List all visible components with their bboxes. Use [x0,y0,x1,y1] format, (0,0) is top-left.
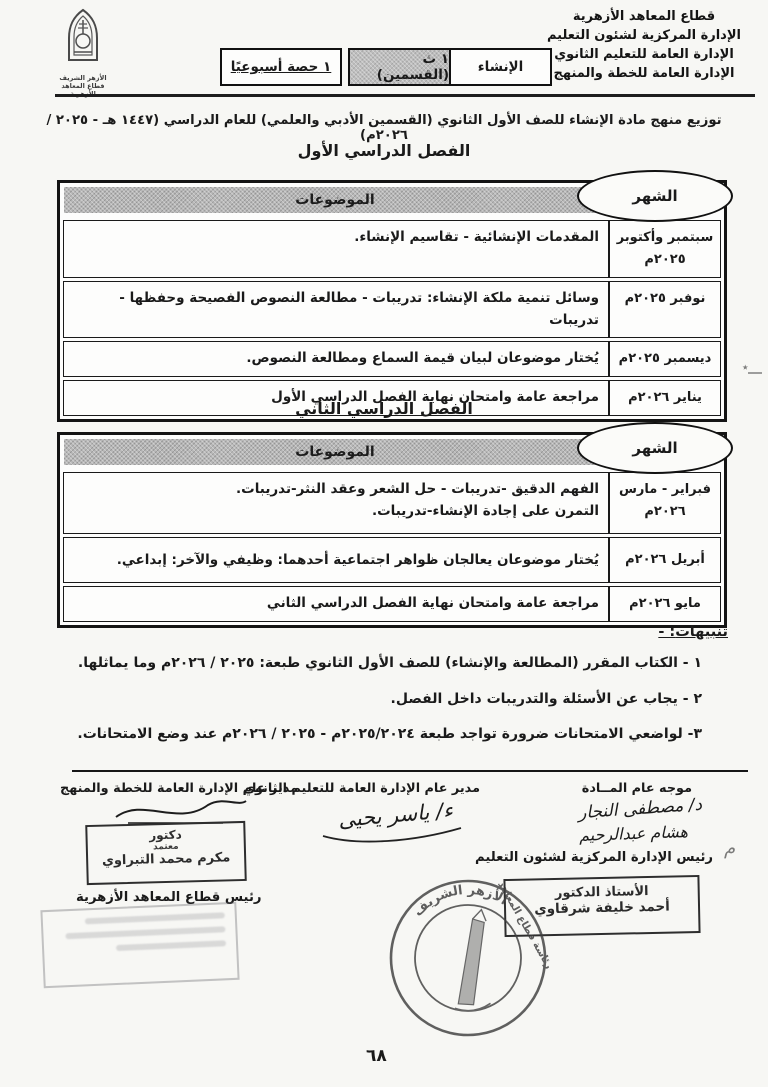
faint-stamp-line [65,926,225,939]
stray-mark: م [724,838,735,859]
sig-right-title: موجه عام المــادة [582,781,692,796]
month-cell: سبتمبر وأكتوبر ٢٠٢٥م [608,221,720,277]
azhar-emblem-icon [61,8,105,70]
notes-heading-word: تنبيهات [675,624,728,640]
month-header-ellipse: الشهر [577,170,733,222]
faint-stamp [40,902,239,988]
round-azhar-stamp: الأزهر الشريف رئاسة قطاع المعاهد [368,868,568,1046]
note-item-3: ٣- لواضعي الامتحانات ضرورة تواجد طبعة ٢٠… [42,726,702,742]
header-rule [55,94,755,97]
topic-cell: الفهم الدقيق -تدريبات - حل الشعر وعقد ال… [64,473,608,533]
topics-header-cell: الموضوعات [64,439,606,465]
month-cell: ديسمبر ٢٠٢٥م [608,342,720,376]
stamp-left-line3: مكرم محمد التبراوي [88,850,244,869]
subject-grade-boxes: الإنشاء ١ ث (القسمين) [348,48,552,86]
weekly-periods-box: ١ حصة أسبوعيًا [220,48,342,86]
topic-cell: يُختار موضوعان لبيان قيمة السماع ومطالعة… [64,342,608,376]
note-item-2: ٢ - يجاب عن الأسئلة والتدريبات داخل الفص… [42,691,702,707]
logo-caption-line1: الأزهر الشريف [48,74,118,82]
term2-title: الفصل الدراسي الثاني [30,399,738,418]
signature-rule [72,770,748,772]
term1-table-body: سبتمبر وأكتوبر ٢٠٢٥م المقدمات الإنشائية … [60,217,724,419]
topic-cell: مراجعة عامة وامتحان نهاية الفصل الدراسي … [64,587,608,621]
topic-cell: يُختار موضوعان يعالجان ظواهر اجتماعية أح… [64,544,608,576]
sig-right-subtitle: رئيس الإدارة المركزية لشئون التعليم [475,850,713,865]
topic-cell: وسائل تنمية ملكة الإنشاء: تدريبات - مطال… [64,282,608,337]
table-row: أبريل ٢٠٢٦م يُختار موضوعان يعالجان ظواهر… [63,537,721,583]
topic-cell: المقدمات الإنشائية - تقاسيم الإنشاء. [64,221,608,277]
azhar-logo: الأزهر الشريف قطاع المعاهد الأزهرية [48,8,118,98]
stamp-arc-side-text: رئاسة قطاع المعاهد [495,880,554,971]
stamp-arc-top-text: الأزهر الشريف [408,877,511,921]
signature-hesham-abdelrehim: هشام عبدالرحيم [579,822,688,845]
table-row: مايو ٢٠٢٦م مراجعة عامة وامتحان نهاية الف… [63,586,721,622]
faint-stamp-line [85,912,225,924]
note-item-1: ١ - الكتاب المقرر (المطالعة والإنشاء) لل… [42,655,702,671]
month-cell: فبراير - مارس ٢٠٢٦م [608,473,720,533]
topics-header-cell: الموضوعات [64,187,606,213]
page-number: ٦٨ [366,1046,387,1066]
term1-title: الفصل الدراسي الأول [30,141,738,160]
table-row: نوفبر ٢٠٢٥م وسائل تنمية ملكة الإنشاء: تد… [63,281,721,338]
term1-table-header: الموضوعات الشهر [60,183,724,217]
signature-mostafa-elnaggar: د/ مصطفى النجار [577,795,702,824]
month-header-ellipse: الشهر [577,422,733,474]
term1-table: الموضوعات الشهر سبتمبر وأكتوبر ٢٠٢٥م الم… [57,180,727,422]
scan-artifact [748,372,762,374]
page-title: توزيع منهج مادة الإنشاء للصف الأول الثان… [30,113,738,143]
org-line-2: الإدارة المركزية لشئون التعليم [530,26,758,45]
table-row: سبتمبر وأكتوبر ٢٠٢٥م المقدمات الإنشائية … [63,220,721,278]
term2-table-header: الموضوعات الشهر [60,435,724,469]
term2-table: الموضوعات الشهر فبراير - مارس ٢٠٢٦م الفه… [57,432,727,628]
stamp-minaret-icon [447,917,495,1006]
notes-heading-suffix: : - [658,624,675,640]
term2-table-body: فبراير - مارس ٢٠٢٦م الفهم الدقيق -تدريبا… [60,469,724,625]
table-row: فبراير - مارس ٢٠٢٦م الفهم الدقيق -تدريبا… [63,472,721,534]
month-cell: نوفبر ٢٠٢٥م [608,282,720,337]
org-line-4: الإدارة العامة للخطة والمنهج [530,64,758,83]
table-row: ديسمبر ٢٠٢٥م يُختار موضوعان لبيان قيمة ا… [63,341,721,377]
signature-flourish [318,822,468,848]
faint-stamp-line [116,940,226,951]
notes-heading: تنبيهات: - [658,624,728,640]
svg-text:الأزهر الشريف: الأزهر الشريف [408,877,511,921]
month-cell: أبريل ٢٠٢٦م [608,538,720,582]
org-line-3: الإدارة العامة للتعليم الثانوي [530,45,758,64]
grade-box: ١ ث (القسمين) [350,50,451,84]
document-page: الأزهر الشريف قطاع المعاهد الأزهرية قطاع… [0,0,768,1087]
month-cell: مايو ٢٠٢٦م [608,587,720,621]
org-line-1: قطاع المعاهد الأزهرية [530,7,758,26]
org-header: قطاع المعاهد الأزهرية الإدارة المركزية ل… [530,7,758,83]
rect-stamp-left: دكتور معتمد مكرم محمد التبراوي [85,821,247,885]
subject-box: الإنشاء [451,50,550,84]
